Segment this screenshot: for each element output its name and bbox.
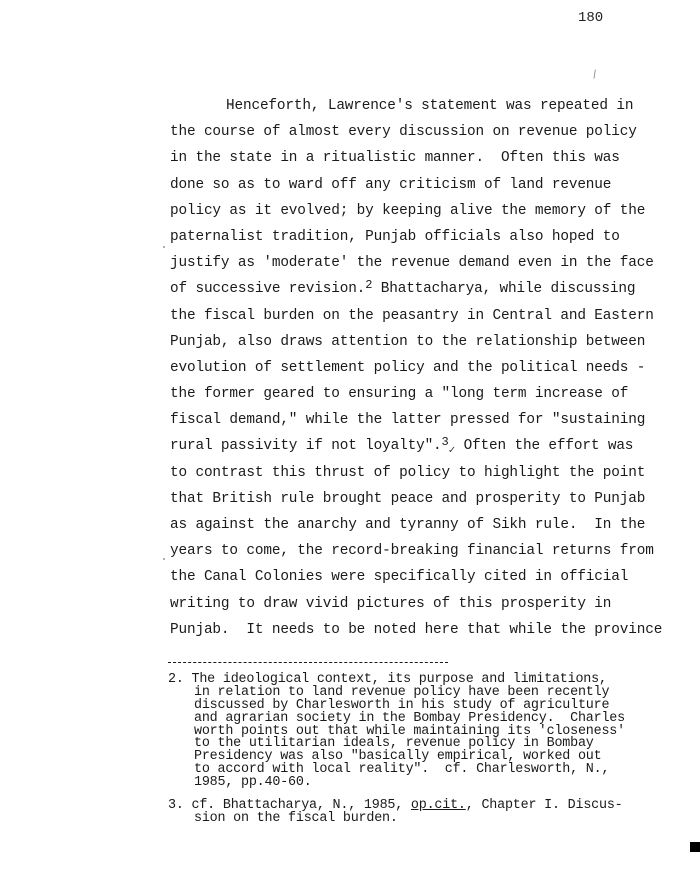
body-line: Punjab. It needs to be noted here that w…: [170, 617, 690, 643]
footnotes: 2. The ideological context, its purpose …: [168, 674, 688, 836]
body-line: as against the anarchy and tyranny of Si…: [170, 512, 690, 538]
body-line: Henceforth, Lawrence's statement was rep…: [170, 93, 690, 119]
body-line: that British rule brought peace and pros…: [170, 486, 690, 512]
footnote-reference[interactable]: 2: [365, 278, 372, 292]
body-line: done so as to ward off any criticism of …: [170, 172, 690, 198]
footnote-number: 2.: [168, 672, 184, 687]
corner-marker-square: [690, 842, 700, 852]
footnote-reference[interactable]: 3: [442, 435, 449, 449]
footnote-text: , Chapter I. Discus-: [466, 798, 623, 813]
body-line: of successive revision.2 Bhattacharya, w…: [170, 276, 690, 302]
footnote-3: 3. cf. Bhattacharya, N., 1985, op.cit., …: [168, 800, 688, 826]
body-line: rural passivity if not loyalty".3✓ Often…: [170, 433, 690, 459]
body-text-fragment: Bhattacharya, while discussing: [372, 281, 635, 297]
body-line: the course of almost every discussion on…: [170, 119, 690, 145]
body-line: justify as 'moderate' the revenue demand…: [170, 250, 690, 276]
op-cit-underlined: op.cit.: [411, 798, 466, 813]
footnote-number: 3.: [168, 798, 184, 813]
body-text-fragment: of successive revision.: [170, 281, 365, 297]
scan-speck: [163, 558, 165, 560]
body-line: years to come, the record-breaking finan…: [170, 538, 690, 564]
body-line: the former geared to ensuring a "long te…: [170, 381, 690, 407]
body-text-fragment: Often the effort was: [455, 438, 633, 454]
scan-speck: [163, 246, 165, 248]
page-number: 180: [578, 10, 603, 26]
body-line: to contrast this thrust of policy to hig…: [170, 460, 690, 486]
footnote-line: 1985, pp.40-60.: [168, 777, 688, 790]
footnote-line: sion on the fiscal burden.: [168, 813, 688, 826]
footnote-separator-rule: [168, 662, 448, 663]
body-line: in the state in a ritualistic manner. Of…: [170, 145, 690, 171]
stray-pen-mark: /: [590, 69, 600, 83]
body-line: fiscal demand," while the latter pressed…: [170, 407, 690, 433]
body-line: policy as it evolved; by keeping alive t…: [170, 198, 690, 224]
body-text: Henceforth, Lawrence's statement was rep…: [170, 93, 690, 643]
body-line: the Canal Colonies were specifically cit…: [170, 564, 690, 590]
body-line: paternalist tradition, Punjab officials …: [170, 224, 690, 250]
body-line: evolution of settlement policy and the p…: [170, 355, 690, 381]
body-line: writing to draw vivid pictures of this p…: [170, 591, 690, 617]
check-mark-icon: ✓: [449, 445, 455, 457]
document-page: 180 / Henceforth, Lawrence's statement w…: [0, 0, 700, 871]
body-line: the fiscal burden on the peasantry in Ce…: [170, 303, 690, 329]
body-text-fragment: rural passivity if not loyalty".: [170, 438, 442, 454]
body-line: Punjab, also draws attention to the rela…: [170, 329, 690, 355]
footnote-2: 2. The ideological context, its purpose …: [168, 674, 688, 790]
